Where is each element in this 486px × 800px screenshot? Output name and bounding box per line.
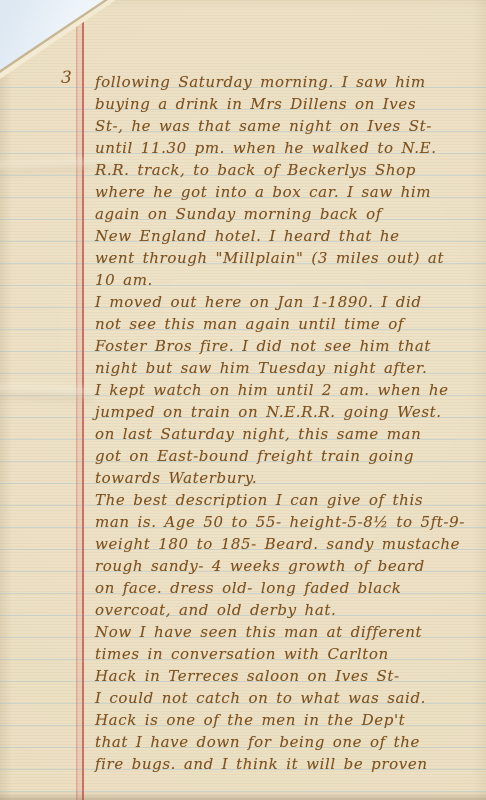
- handwritten-line: The best description I can give of this: [95, 489, 475, 511]
- handwritten-line: Foster Bros fire. I did not see him that: [95, 335, 475, 357]
- handwritten-line: Now I have seen this man at different: [95, 621, 475, 643]
- handwritten-line: night but saw him Tuesday night after.: [95, 357, 475, 379]
- handwritten-line: where he got into a box car. I saw him: [95, 181, 475, 203]
- handwritten-line: I kept watch on him until 2 am. when he: [95, 379, 475, 401]
- handwritten-line: following Saturday morning. I saw him: [95, 71, 475, 93]
- handwritten-line: again on Sunday morning back of: [95, 203, 475, 225]
- handwritten-line: towards Waterbury.: [95, 467, 475, 489]
- handwritten-line: St-, he was that same night on Ives St-: [95, 115, 475, 137]
- page-bottom-edge-shadow: [0, 792, 486, 800]
- handwritten-line: jumped on train on N.E.R.R. going West.: [95, 401, 475, 423]
- handwritten-line: R.R. track, to back of Beckerlys Shop: [95, 159, 475, 181]
- handwritten-line: not see this man again until time of: [95, 313, 475, 335]
- handwritten-line: went through "Millplain" (3 miles out) a…: [95, 247, 475, 269]
- handwritten-line: man is. Age 50 to 55- height-5-8½ to 5ft…: [95, 511, 475, 533]
- handwritten-line: buying a drink in Mrs Dillens on Ives: [95, 93, 475, 115]
- handwritten-line: got on East-bound freight train going: [95, 445, 475, 467]
- handwritten-line: that I have down for being one of the: [95, 731, 475, 753]
- handwritten-line: New England hotel. I heard that he: [95, 225, 475, 247]
- handwritten-line: times in conversation with Carlton: [95, 643, 475, 665]
- handwritten-line: fire bugs. and I think it will be proven: [95, 753, 475, 775]
- handwritten-line: Hack is one of the men in the Dep't: [95, 709, 475, 731]
- handwritten-line: 10 am.: [95, 269, 475, 291]
- handwritten-line: rough sandy- 4 weeks growth of beard: [95, 555, 475, 577]
- page-number: 3: [61, 68, 72, 88]
- cut-corner-background: [0, 0, 108, 74]
- handwritten-line: weight 180 to 185- Beard. sandy mustache: [95, 533, 475, 555]
- red-margin-line: [76, 0, 85, 800]
- handwritten-line: I moved out here on Jan 1-1890. I did: [95, 291, 475, 313]
- manuscript-page: 3 following Saturday morning. I saw him …: [0, 0, 486, 800]
- handwritten-line: on last Saturday night, this same man: [95, 423, 475, 445]
- handwritten-line: I could not catch on to what was said.: [95, 687, 475, 709]
- handwritten-text: following Saturday morning. I saw him bu…: [95, 71, 475, 775]
- handwritten-line: until 11.30 pm. when he walked to N.E.: [95, 137, 475, 159]
- handwritten-line: on face. dress old- long faded black: [95, 577, 475, 599]
- handwritten-line: overcoat, and old derby hat.: [95, 599, 475, 621]
- folded-corner-edge: [0, 0, 112, 78]
- handwritten-line: Hack in Terreces saloon on Ives St-: [95, 665, 475, 687]
